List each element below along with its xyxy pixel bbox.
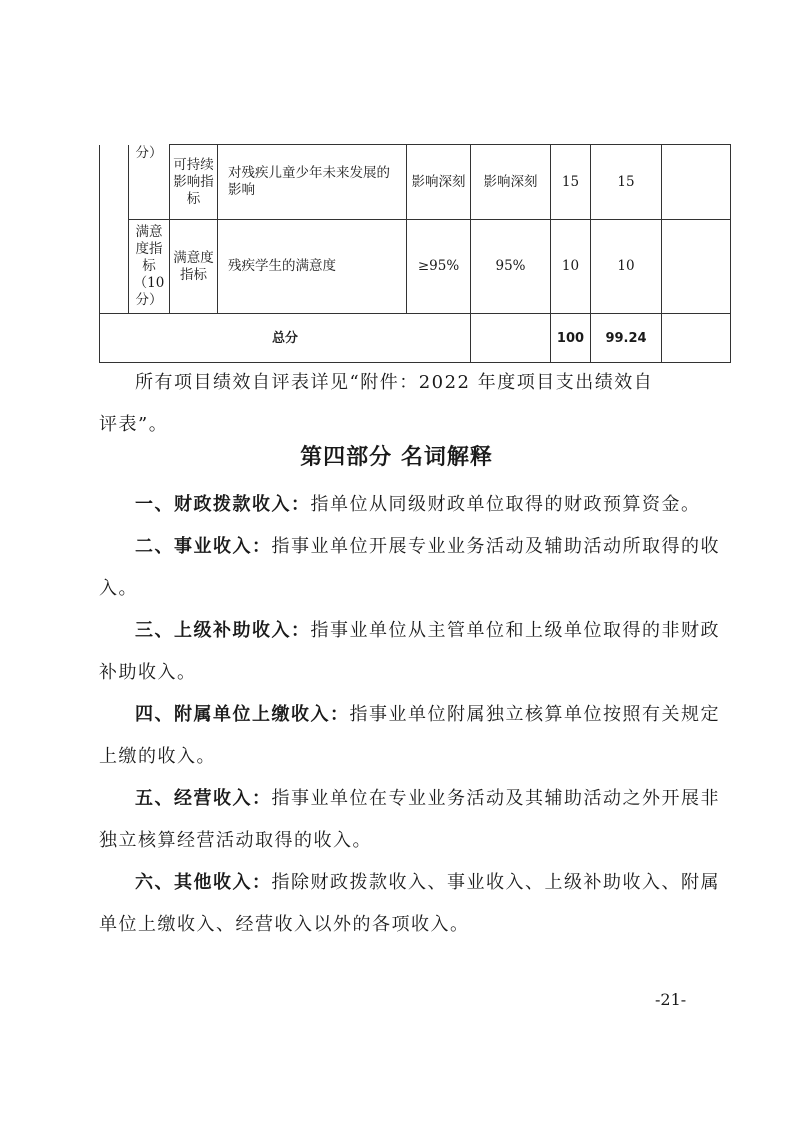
table-cell: 影响深刻: [471, 145, 551, 220]
table-cell: [662, 145, 731, 220]
table-cell: 15: [591, 145, 662, 220]
definition-term: 四、附属单位上缴收入：: [135, 704, 350, 725]
definition-item: 四、附属单位上缴收入：指事业单位附属独立核算单位按照有关规定上缴的收入。: [99, 694, 731, 778]
total-target: 100: [551, 314, 591, 363]
performance-table: 分） 可持续影响指标 对残疾儿童少年未来发展的影响 影响深刻 影响深刻 15 1…: [99, 144, 731, 363]
table-cell: 对残疾儿童少年未来发展的影响: [218, 145, 407, 220]
table-cell: 分）: [129, 145, 170, 220]
table-row: 分） 可持续影响指标 对残疾儿童少年未来发展的影响 影响深刻 影响深刻 15 1…: [100, 145, 731, 220]
attachment-note: 所有项目绩效自评表详见“附件：2022 年度项目支出绩效自 评表”。: [99, 362, 731, 446]
table-cell: 95%: [471, 220, 551, 314]
definition-term: 五、经营收入：: [135, 788, 272, 809]
total-label: 总分: [100, 314, 471, 363]
total-score: 99.24: [591, 314, 662, 363]
table-cell: 可持续影响指标: [170, 145, 218, 220]
table-cell: ≥95%: [407, 220, 471, 314]
table-cell: 10: [551, 220, 591, 314]
definition-term: 六、其他收入：: [135, 872, 272, 893]
definition-item: 五、经营收入：指事业单位在专业业务活动及其辅助活动之外开展非独立核算经营活动取得…: [99, 778, 731, 862]
table-cell: [662, 314, 731, 363]
definition-item: 二、事业收入：指事业单位开展专业业务活动及辅助活动所取得的收入。: [99, 526, 731, 610]
definition-item: 六、其他收入：指除财政拨款收入、事业收入、上级补助收入、附属单位上缴收入、经营收…: [99, 862, 731, 946]
definition-item: 三、上级补助收入：指事业单位从主管单位和上级单位取得的非财政补助收入。: [99, 610, 731, 694]
table-cell: [471, 314, 551, 363]
table-cell: 15: [551, 145, 591, 220]
definition-term: 二、事业收入：: [135, 536, 272, 557]
table-cell: 影响深刻: [407, 145, 471, 220]
page-number: -21-: [655, 990, 686, 1009]
note-line: 所有项目绩效自评表详见“附件：2022 年度项目支出绩效自: [99, 362, 731, 404]
table-row: 满意度指标（10分） 满意度指标 残疾学生的满意度 ≥95% 95% 10 10: [100, 220, 731, 314]
table-cell: [662, 220, 731, 314]
definition-list: 一、财政拨款收入：指单位从同级财政单位取得的财政预算资金。 二、事业收入：指事业…: [99, 484, 731, 946]
definition-term: 三、上级补助收入：: [135, 620, 311, 641]
section-title: 第四部分 名词解释: [0, 440, 793, 471]
table-cell: 满意度指标（10分）: [129, 220, 170, 314]
table-cell: 10: [591, 220, 662, 314]
table-cell: 残疾学生的满意度: [218, 220, 407, 314]
definition-term: 一、财政拨款收入：: [135, 494, 311, 515]
table-cell: 满意度指标: [170, 220, 218, 314]
definition-text: 指单位从同级财政单位取得的财政预算资金。: [311, 494, 701, 515]
table-cell: [100, 145, 129, 314]
definition-item: 一、财政拨款收入：指单位从同级财政单位取得的财政预算资金。: [99, 484, 731, 526]
total-row: 总分 100 99.24: [100, 314, 731, 363]
